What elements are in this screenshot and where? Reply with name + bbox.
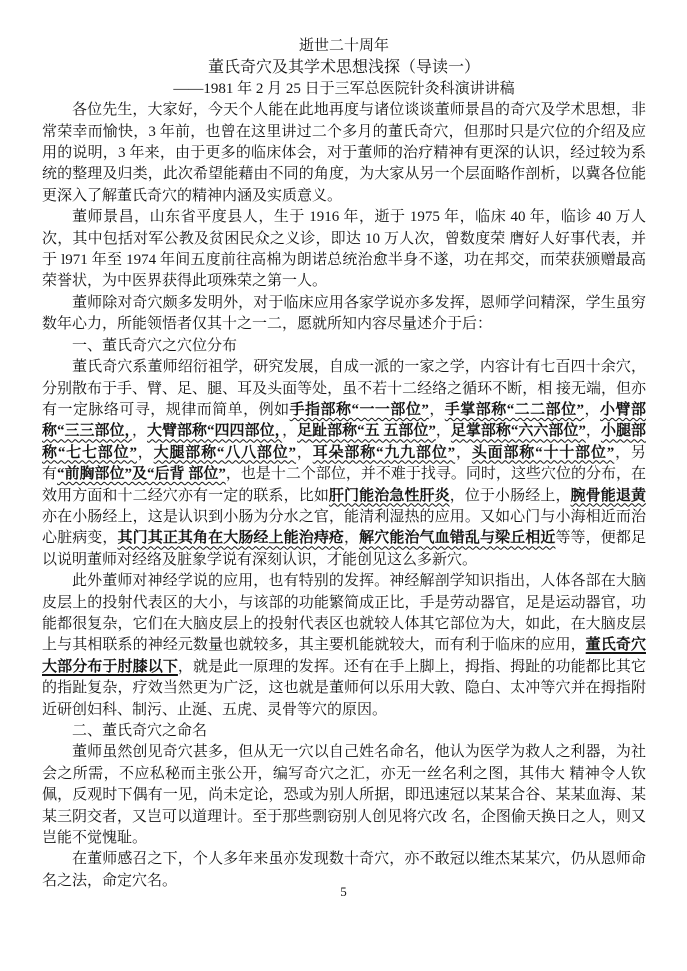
emphasis-wavy-underline: 耳朵部称“九九部位” <box>313 445 455 461</box>
paragraph: 董师景昌，山东省平度县人，生于 1916 年，逝于 1975 年，临床 40 年… <box>42 207 646 293</box>
emphasis-wavy-underline: 大腿部称“八八部位” <box>154 445 296 461</box>
text-run: ， <box>586 423 601 439</box>
text-run: ， <box>436 423 451 439</box>
text-run: ， <box>455 445 472 461</box>
text-run: 董师除对奇穴颇多发明外，对于临床应用各家学说亦多发挥，恩师学问精深，学生虽穷数年… <box>42 295 646 332</box>
emphasis-wavy-underline: 头面部称“十十部位” <box>472 445 614 461</box>
text-run: 一、董氏奇穴之穴位分布 <box>72 338 237 354</box>
document-page: 逝世二十周年 董氏奇穴及其学术思想浅探（导读一） ——1981 年 2 月 25… <box>0 0 687 971</box>
page-footer: 5 <box>0 884 687 900</box>
emphasis-wavy-underline: 大臂部称“四四部位， <box>147 423 282 439</box>
section-heading: 一、董氏奇穴之穴位分布 <box>42 336 646 357</box>
text-run: ， <box>282 423 297 439</box>
emphasis-wavy-underline: 腕骨能退黄 <box>571 488 646 504</box>
emphasis-wavy-underline: 手指部称“一一部位” <box>290 402 429 418</box>
text-run: 各位先生，大家好，今天个人能在此地再度与诸位谈谈董师景昌的奇穴及学术思想，非常荣… <box>42 102 646 204</box>
text-run: ， <box>296 445 313 461</box>
emphasis-wavy-underline: 手掌部称“二二部位” <box>445 402 584 418</box>
emphasis-wavy-underline: 足趾部称“五 五部位” <box>297 423 436 439</box>
emphasis-wavy-underline: 肝门能治急性肝炎 <box>329 488 450 504</box>
text-run: 董师虽然创见奇穴甚多，但从无一穴以自己姓名命名，他认为医学为救人之利器，为社会之… <box>42 744 646 846</box>
text-run: ， <box>132 423 147 439</box>
emphasis-wavy-underline: “前胸部位”及“后背 部位” <box>57 466 226 482</box>
document-byline: ——1981 年 2 月 25 日于三军总医院针灸科演讲讲稿 <box>42 79 646 100</box>
text-run: 二、董氏奇穴之命名 <box>72 723 207 739</box>
page-number: 5 <box>340 884 347 899</box>
text-run: ， <box>137 445 154 461</box>
paragraph: 此外董师对神经学说的应用，也有特别的发挥。神经解剖学知识指出，人体各部在大脑皮层… <box>42 571 646 721</box>
document-body: 各位先生，大家好，今天个人能在此地再度与诸位谈谈董师景昌的奇穴及学术思想，非常荣… <box>42 100 646 892</box>
paragraph: 各位先生，大家好，今天个人能在此地再度与诸位谈谈董师景昌的奇穴及学术思想，非常荣… <box>42 100 646 207</box>
paragraph: 董师除对奇穴颇多发明外，对于临床应用各家学说亦多发挥，恩师学问精深，学生虽穷数年… <box>42 293 646 336</box>
text-run: ， <box>429 402 445 418</box>
section-heading: 二、董氏奇穴之命名 <box>42 721 646 742</box>
document-header: 逝世二十周年 董氏奇穴及其学术思想浅探（导读一） ——1981 年 2 月 25… <box>42 36 646 100</box>
emphasis-wavy-underline: 足掌部称“六六部位” <box>451 423 586 439</box>
text-run: ，位于小肠经上， <box>450 488 571 504</box>
text-run: ， <box>344 530 359 546</box>
text-run: ， <box>584 402 600 418</box>
document-title: 逝世二十周年 <box>42 36 646 57</box>
paragraph: 董氏奇穴系董师绍衍祖学，研究发展，自成一派的一家之学，内容计有七百四十余穴，分别… <box>42 357 646 571</box>
text-run: 董师景昌，山东省平度县人，生于 1916 年，逝于 1975 年，临床 40 年… <box>42 209 646 289</box>
text-run: 此外董师对神经学说的应用，也有特别的发挥。神经解剖学知识指出，人体各部在大脑皮层… <box>42 573 646 653</box>
document-subtitle: 董氏奇穴及其学术思想浅探（导读一） <box>42 57 646 78</box>
paragraph: 董师虽然创见奇穴甚多，但从无一穴以自己姓名命名，他认为医学为救人之利器，为社会之… <box>42 742 646 849</box>
emphasis-wavy-underline: 其门其正其角在大肠经上能治痔疮 <box>118 530 345 546</box>
emphasis-wavy-underline: 解穴能治气血错乱与梁丘相近 <box>359 530 555 546</box>
